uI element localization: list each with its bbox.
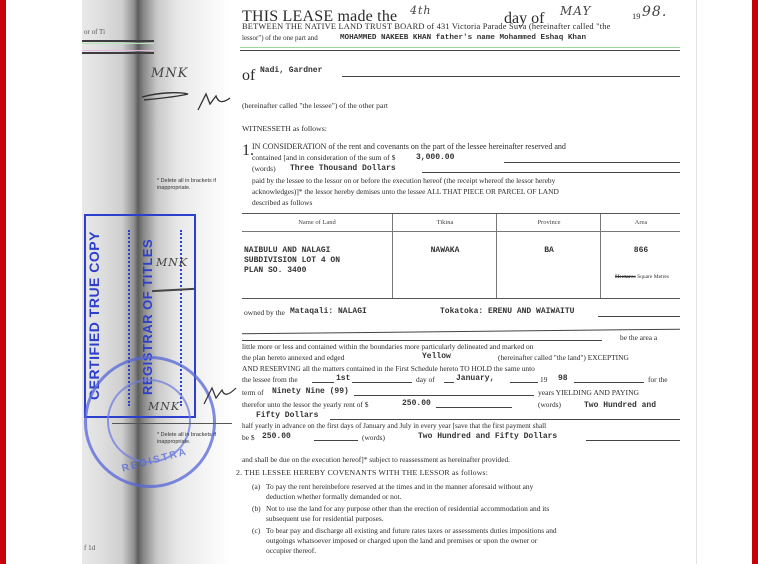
item-line: To pay the rent hereinbefore reserved at… xyxy=(266,482,682,492)
fold-rule xyxy=(82,52,154,54)
clause-1-line: IN CONSIDERATION of the rent and covenan… xyxy=(252,142,566,151)
term-of-label: term of xyxy=(242,388,264,397)
start-day: 1st xyxy=(336,374,350,383)
fold-text-bottom: f 1d xyxy=(84,544,95,552)
item-line: To bear pay and discharge all existing a… xyxy=(266,526,682,536)
tikina-value: NAWAKA xyxy=(393,246,497,255)
area-unit-value: Square Metres xyxy=(637,274,669,280)
footnote-delete-brackets: * Delete all in brackets if inappropriat… xyxy=(157,432,227,446)
initials-mnk: MNK xyxy=(151,66,188,81)
name-of-land-value: NAIBULU AND NALAGI SUBDIVISION LOT 4 ON … xyxy=(244,246,340,276)
frame-left-border xyxy=(0,0,6,564)
fold-rule xyxy=(82,40,154,42)
land-para-line: the plan hereto annexed and edged xyxy=(242,353,344,362)
province-value: BA xyxy=(497,246,601,255)
underline xyxy=(352,382,412,383)
for-the-label: for the xyxy=(648,375,668,384)
col-area: Area 866 Hectares Square Metres xyxy=(600,214,681,298)
underline xyxy=(312,382,334,383)
item-label: (b) xyxy=(252,504,261,514)
underline xyxy=(574,382,644,383)
underline xyxy=(586,440,680,441)
area-unit-struck: Hectares xyxy=(615,274,636,280)
certified-true-copy-stamp: CERTIFIED TRUE COPY xyxy=(86,231,102,400)
underline xyxy=(240,47,680,48)
rent-label: therefor unto the lessor the yearly rent… xyxy=(242,400,368,409)
words-label: (words) xyxy=(538,400,561,409)
mataqali-value: Mataqali: NALAGI xyxy=(290,307,367,316)
col-name-of-land: Name of Land NAIBULU AND NALAGI SUBDIVIS… xyxy=(242,214,392,298)
clause-2-item-c: (c) To bear pay and discharge all existi… xyxy=(252,526,682,556)
due-line: and shall be due on the execution hereof… xyxy=(242,455,510,464)
underline xyxy=(240,50,680,51)
rent-value: 250.00 xyxy=(402,399,431,408)
col-tikina: Tikina NAWAKA xyxy=(392,214,497,298)
page-edge xyxy=(696,0,697,564)
item-line: outgoings whatsoever imposed or charged … xyxy=(266,536,682,546)
underline xyxy=(354,395,534,396)
clause-1-line: acknowledges)]* the lessor hereby demise… xyxy=(252,187,559,196)
land-para-line: (hereinafter called "the land") EXCEPTIN… xyxy=(498,353,629,362)
initials-mnk: MNK xyxy=(148,400,180,413)
start-month: January, xyxy=(456,374,494,383)
underline xyxy=(598,316,680,317)
consideration-words: Three Thousand Dollars xyxy=(290,164,396,173)
underline xyxy=(444,382,454,383)
item-label: (c) xyxy=(252,526,260,536)
initials-underline xyxy=(112,423,232,424)
words-label: (words) xyxy=(252,164,276,173)
header-name-of-land: Name of Land xyxy=(242,219,392,226)
day-of-label: day of xyxy=(416,375,435,384)
header-province: Province xyxy=(497,219,601,226)
first-payment-label: be $ xyxy=(242,433,255,442)
rent-words-1: Two Hundred and xyxy=(584,401,656,410)
fold-rule xyxy=(82,43,154,44)
item-line: Not to use the land for any purpose othe… xyxy=(266,504,682,514)
words-label: (words) xyxy=(362,433,385,442)
fold-rule xyxy=(82,50,154,51)
underline xyxy=(504,162,680,163)
underline xyxy=(342,76,680,77)
lessee-name: MOHAMMED NAKEEB KHAN father's name Moham… xyxy=(340,34,586,42)
name-of-land-line: PLAN SO. 3400 xyxy=(244,266,340,276)
col-province: Province BA xyxy=(496,214,601,298)
clause-1-line: contained [and in consideration of the s… xyxy=(252,153,395,162)
item-line: subsequent use for residential purposes. xyxy=(266,514,682,524)
area-value: 866 xyxy=(601,246,681,255)
signature-icon xyxy=(200,382,240,408)
area-tail: be the area a xyxy=(620,333,657,342)
witnesseth-heading: WITNESSETH as follows: xyxy=(242,124,327,133)
owned-by-label: owned by the xyxy=(244,308,285,317)
land-para-line: little more or less and contained within… xyxy=(242,342,533,351)
between-line: BETWEEN THE NATIVE LAND TRUST BOARD of 4… xyxy=(242,22,611,31)
consideration-sum: 3,000.00 xyxy=(416,153,454,162)
area-unit: Hectares Square Metres xyxy=(607,274,677,281)
fold-text-top: or of Ti xyxy=(84,28,105,36)
name-of-land-line: NAIBULU AND NALAGI xyxy=(244,246,340,256)
lessee-from-label: the lessee from the xyxy=(242,375,298,384)
land-table: Name of Land NAIBULU AND NALAGI SUBDIVIS… xyxy=(242,213,680,299)
term-tail: years YIELDING AND PAYING xyxy=(538,388,639,397)
first-payment-words: Two Hundred and Fifty Dollars xyxy=(418,432,557,441)
tokatoka-value: Tokatoka: ERENU AND WAIWAITU xyxy=(440,307,574,316)
half-yearly-line: half yearly in advance on the first days… xyxy=(242,422,546,430)
underline xyxy=(330,419,680,420)
underline xyxy=(242,340,602,341)
underline xyxy=(242,329,680,335)
underline xyxy=(510,382,538,383)
lease-month: MAY xyxy=(560,4,591,18)
item-line: deduction whether formally demanded or n… xyxy=(266,492,682,502)
start-year: 98 xyxy=(558,374,568,383)
underline xyxy=(422,172,680,173)
lessee-part: (hereinafter called "the lessee") of the… xyxy=(242,101,388,110)
lessor-line: lessor") of the one part and xyxy=(242,34,318,42)
item-label: (a) xyxy=(252,482,260,492)
term-value: Ninety Nine (99) xyxy=(272,387,349,396)
clause-2-heading: 2. THE LESSEE HEREBY COVENANTS WITH THE … xyxy=(236,468,488,477)
land-para-line: AND RESERVING all the matters contained … xyxy=(242,364,535,373)
lessee-address: Nadi, Gardner xyxy=(260,66,322,75)
rent-words-2: Fifty Dollars xyxy=(256,411,318,420)
edge-color-value: Yellow xyxy=(422,352,451,361)
signature-icon xyxy=(140,88,250,114)
year-prefix: 19 xyxy=(632,12,640,21)
lease-day: 4th xyxy=(410,4,432,17)
item-line: occupier thereof. xyxy=(266,546,682,556)
header-area: Area xyxy=(601,219,681,226)
clause-2-item-a: (a) To pay the rent hereinbefore reserve… xyxy=(252,482,682,502)
name-of-land-line: SUBDIVISION LOT 4 ON xyxy=(244,256,340,266)
clause-2-item-b: (b) Not to use the land for any purpose … xyxy=(252,504,682,524)
first-payment-value: 250.00 xyxy=(262,432,291,441)
initials-mnk: MNK xyxy=(156,256,188,269)
clause-1-line: described as follows xyxy=(252,198,312,207)
clause-1-line: paid by the lessee to the lessor on or b… xyxy=(252,176,555,185)
footnote-delete-brackets: * Delete all in brackets if inappropriat… xyxy=(157,178,227,192)
lease-year: 98. xyxy=(642,4,667,20)
registrar-seal: REGISTRA xyxy=(84,356,216,488)
of-label: of xyxy=(242,67,255,85)
underline xyxy=(436,407,512,408)
year-prefix: 19 xyxy=(540,375,547,384)
header-tikina: Tikina xyxy=(393,219,497,226)
frame-right-border xyxy=(752,0,758,564)
underline xyxy=(314,440,358,441)
